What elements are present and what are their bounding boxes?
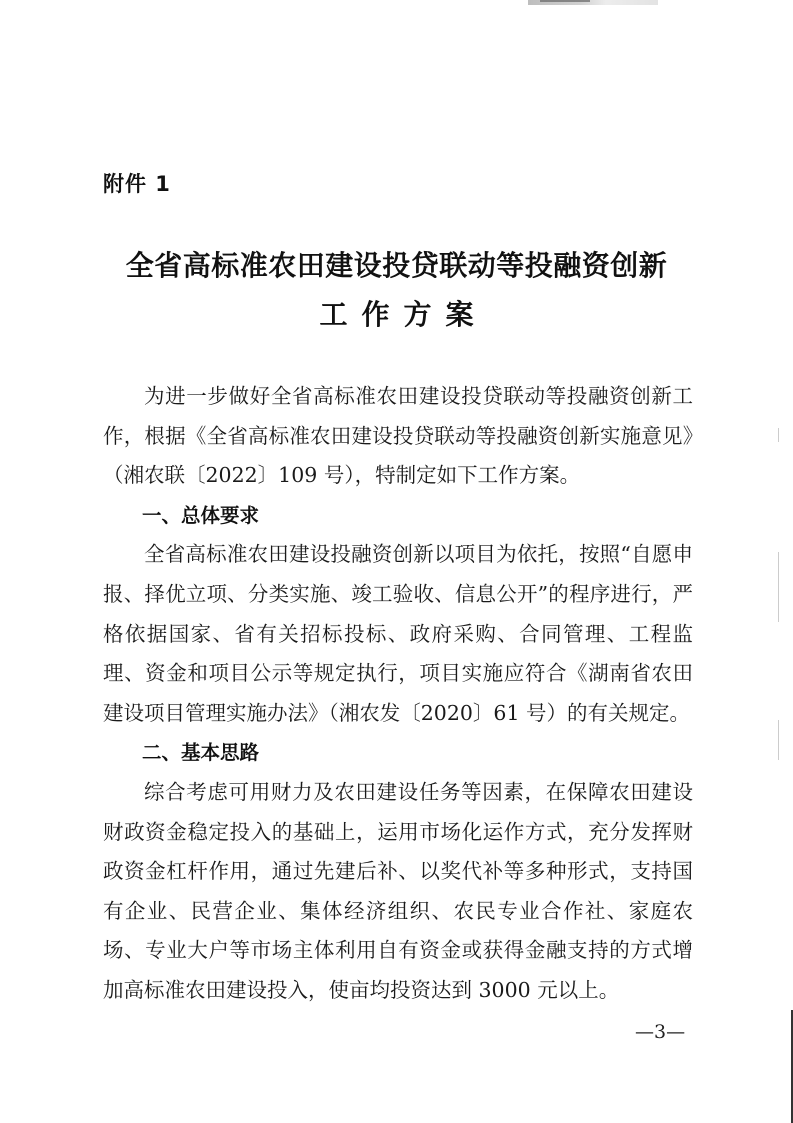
section-heading-general-requirements: 一、总体要求 xyxy=(103,496,693,536)
scan-artifact-top-line xyxy=(540,0,590,2)
document-title-line-1: 全省高标准农田建设投贷联动等投融资创新 xyxy=(0,244,793,284)
section-heading-basic-approach: 二、基本思路 xyxy=(103,733,693,773)
section-paragraph-basic-approach: 综合考虑可用财力及农田建设任务等因素，在保障农田建设财政资金稳定投入的基础上，运… xyxy=(103,773,693,1011)
document-body: 为进一步做好全省高标准农田建设投贷联动等投融资创新工作，根据《全省高标准农田建设… xyxy=(103,377,693,1011)
scan-artifact-edge xyxy=(778,552,779,622)
attachment-label: 附件 1 xyxy=(103,168,171,198)
scan-artifact-edge xyxy=(778,428,779,442)
intro-paragraph: 为进一步做好全省高标准农田建设投贷联动等投融资创新工作，根据《全省高标准农田建设… xyxy=(103,377,693,496)
document-title-line-2: 工作方案 xyxy=(0,293,793,333)
section-paragraph-general-requirements: 全省高标准农田建设投融资创新以项目为依托，按照“自愿申报、择优立项、分类实施、竣… xyxy=(103,535,693,733)
scan-artifact-edge xyxy=(778,720,779,760)
page-number: —3— xyxy=(635,1021,685,1043)
